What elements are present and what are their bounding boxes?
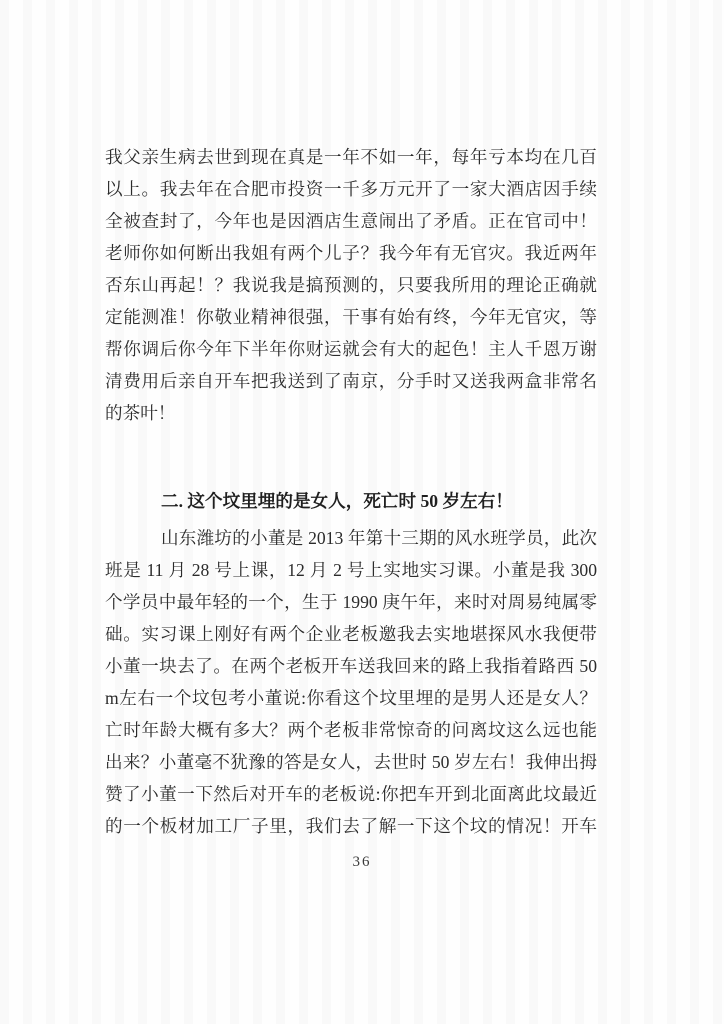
text-line: 班是 11 月 28 号上课，12 月 2 号上实地实习课。小董是我 300 多 xyxy=(105,554,597,586)
text-line: 以上。我去年在合肥市投资一千多万元开了一家大酒店因手续不 xyxy=(105,173,597,205)
text-line: 帮你调后你今年下半年你财运就会有大的起色！主人千恩万谢付 xyxy=(105,333,597,365)
text-line: 否东山再起！？我说我是搞预测的，只要我所用的理论正确就一 xyxy=(105,269,597,301)
text-line: 小董一块去了。在两个老板开车送我回来的路上我指着路西 50 多 xyxy=(105,650,597,682)
text-line: 个学员中最年轻的一个，生于 1990 庚午年，来时对周易纯属零基 xyxy=(105,586,597,618)
text-line: 清费用后亲自开车把我送到了南京，分手时又送我两盒非常名贵 xyxy=(105,365,597,397)
text-line: 山东潍坊的小董是 2013 年第十三期的风水班学员，此次学习 xyxy=(105,522,597,554)
text-line: 赞了小董一下然后对开车的老板说:你把车开到北面离此坟最近 xyxy=(105,778,597,810)
text-line: 的一个板材加工厂子里，我们去了解一下这个坟的情况！开车的 xyxy=(105,810,597,842)
text-line: 出来？小董毫不犹豫的答是女人，去世时 50 岁左右！我伸出拇指 xyxy=(105,746,597,778)
section-heading: 二. 这个坟里埋的是女人，死亡时 50 岁左右！ xyxy=(105,485,597,517)
text-line: 定能测准！你敬业精神很强，干事有始有终，今年无官灾，等我 xyxy=(105,301,597,333)
text-line: 老师你如何断出我姐有两个儿子？我今年有无官灾。我近两年能 xyxy=(105,237,597,269)
text-line: 础。实习课上刚好有两个企业老板邀我去实地堪探风水我便带着 xyxy=(105,618,597,650)
page-number: 36 xyxy=(0,854,724,871)
text-line: 亡时年龄大概有多大？两个老板非常惊奇的问离坟这么远也能看 xyxy=(105,714,597,746)
text-line: m左右一个坟包考小董说:你看这个坟里埋的是男人还是女人？死 xyxy=(105,682,597,714)
text-line: 全被查封了，今年也是因酒店生意闹出了矛盾。正在官司中！问 xyxy=(105,205,597,237)
text-line: 的茶叶！ xyxy=(105,397,597,429)
text-block: 我父亲生病去世到现在真是一年不如一年，每年亏本均在几百万以上。我去年在合肥市投资… xyxy=(105,141,597,842)
document-page: 我父亲生病去世到现在真是一年不如一年，每年亏本均在几百万以上。我去年在合肥市投资… xyxy=(0,0,724,1024)
paragraph-body: 山东潍坊的小董是 2013 年第十三期的风水班学员，此次学习班是 11 月 28… xyxy=(105,522,597,842)
text-line: 我父亲生病去世到现在真是一年不如一年，每年亏本均在几百万 xyxy=(105,141,597,173)
paragraph-continuation: 我父亲生病去世到现在真是一年不如一年，每年亏本均在几百万以上。我去年在合肥市投资… xyxy=(105,141,597,429)
